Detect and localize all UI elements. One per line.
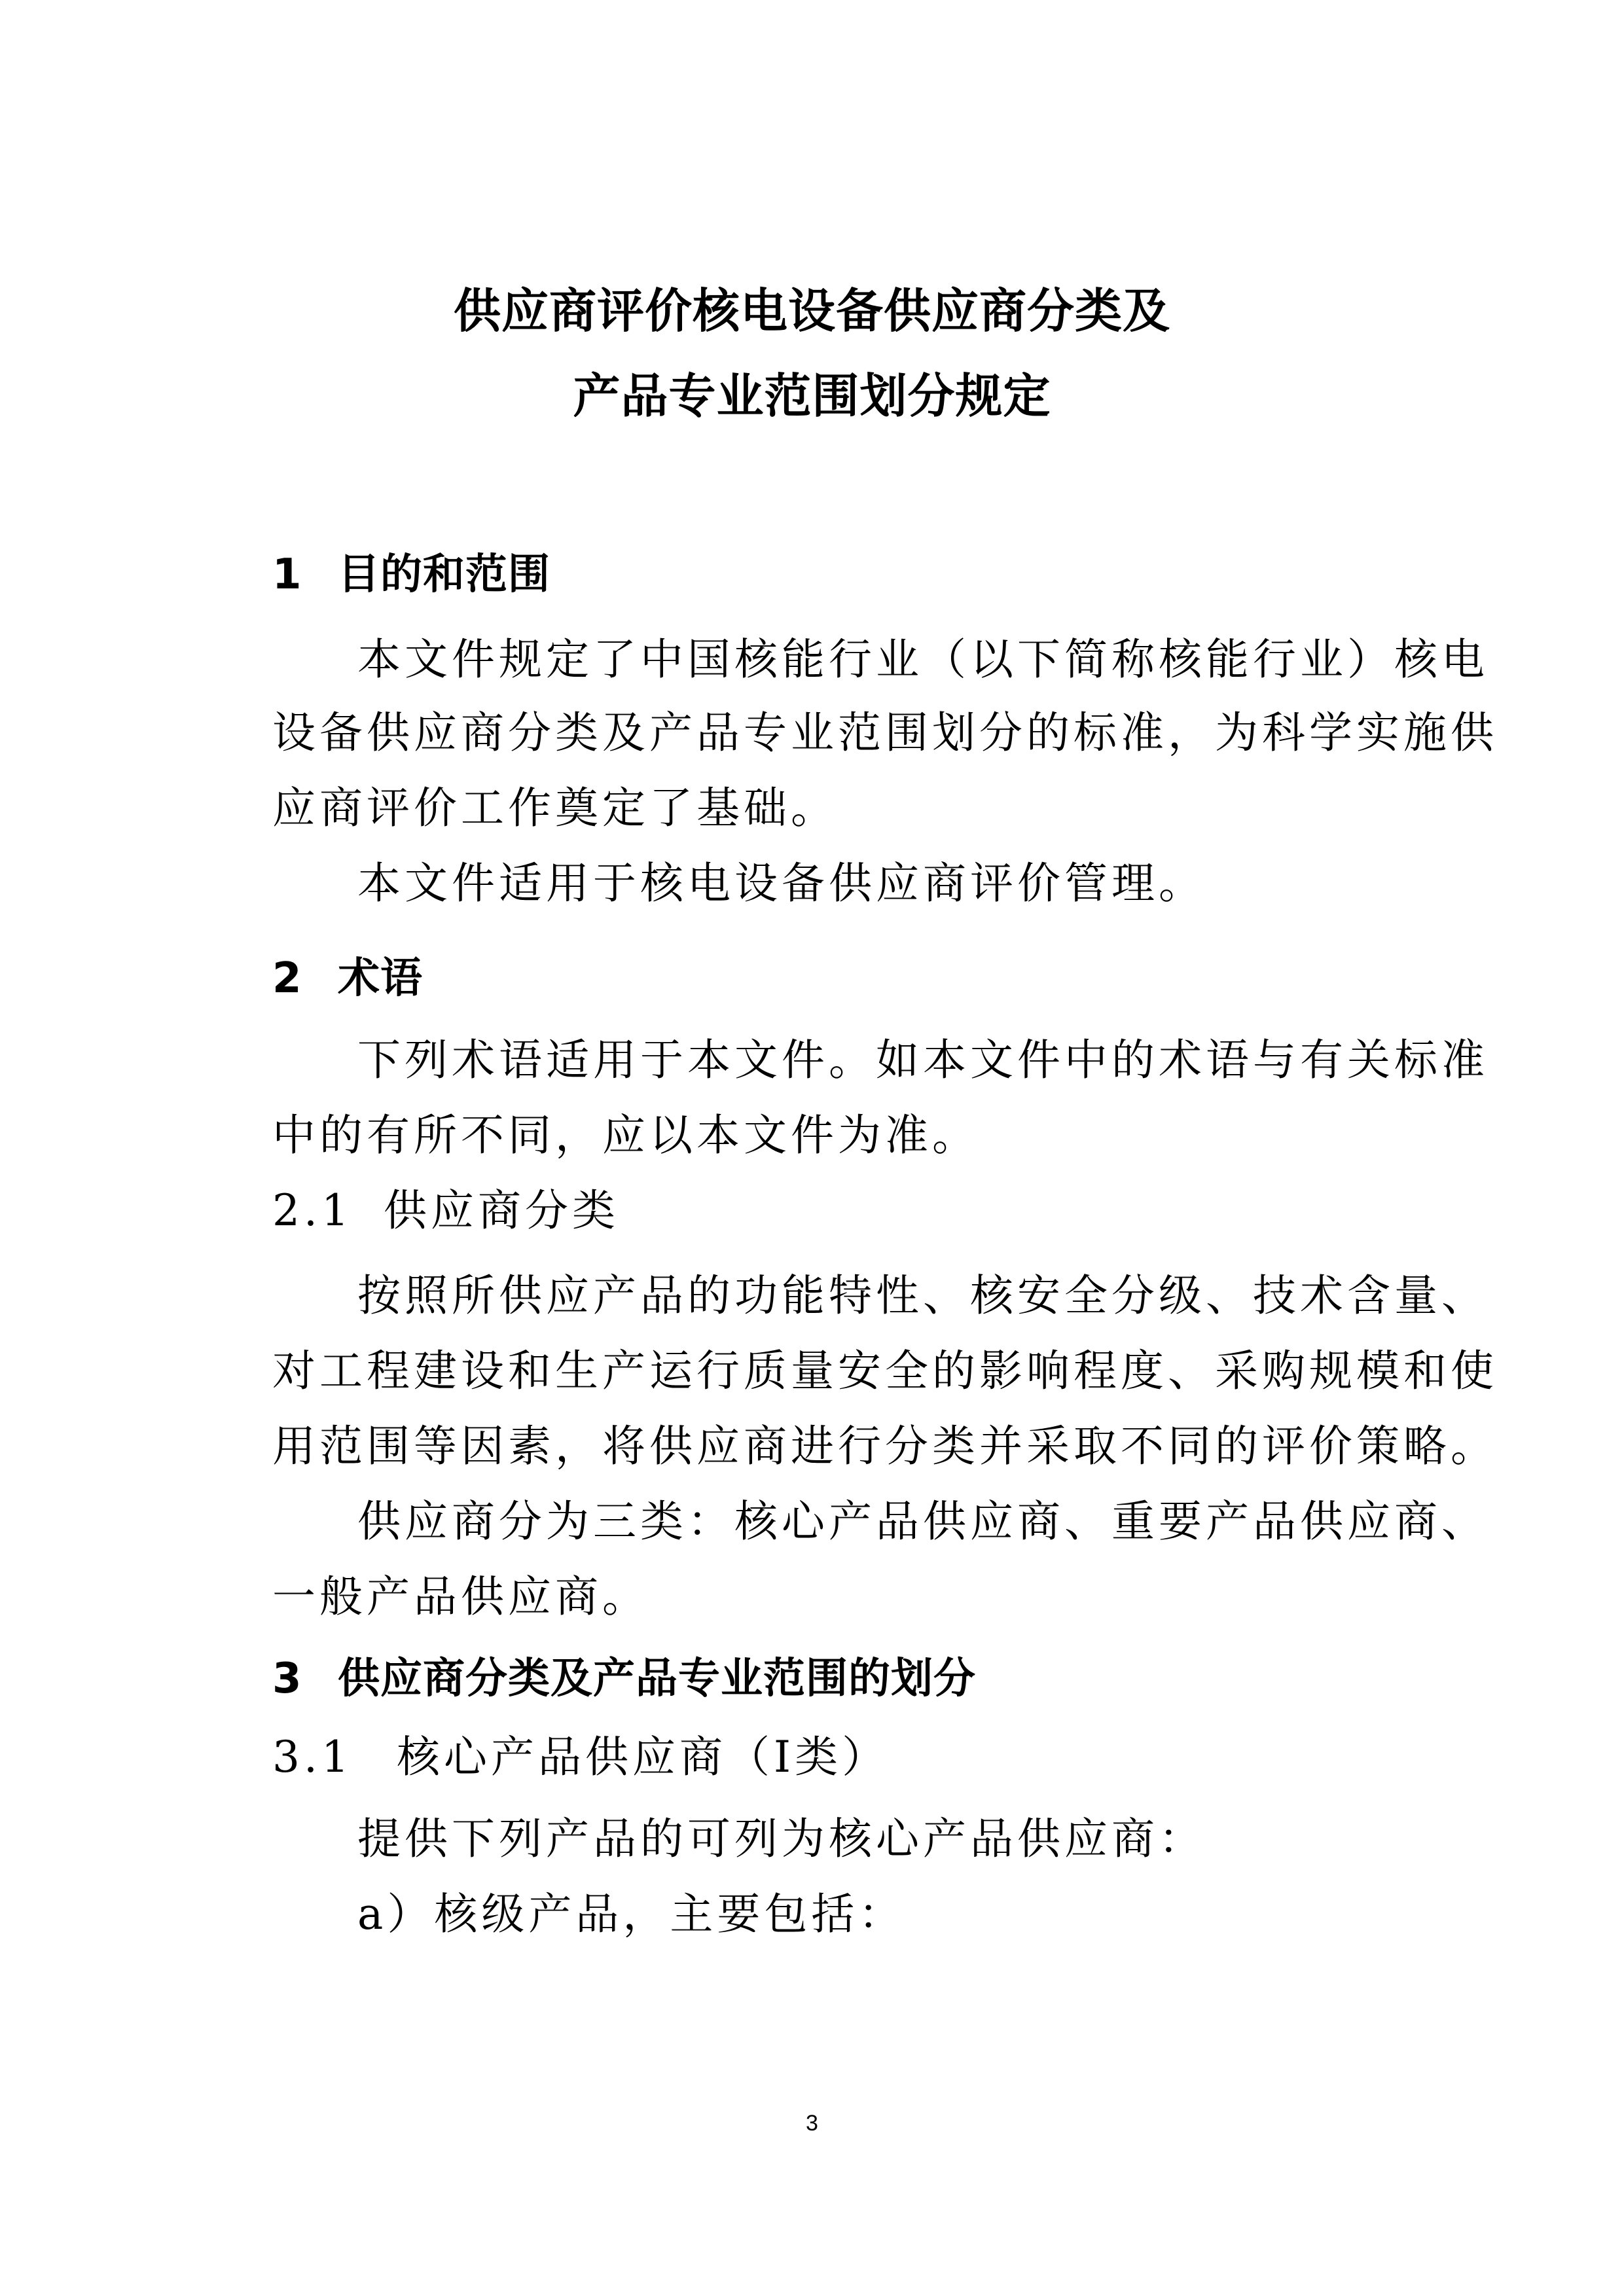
section-1-para-1-line-3: 应商评价工作奠定了基础。 [272, 782, 838, 834]
section-1-para-1-line-2: 设备供应商分类及产品专业范围划分的标准，为科学实施供 [272, 707, 1398, 759]
section-2-para-1-line-2: 中的有所不同，应以本文件为准。 [272, 1109, 979, 1162]
subsection-2-1-para-1-line-1: 按照所供应产品的功能特性、核安全分级、技术含量、 [357, 1270, 1398, 1322]
subsection-3-1-title: 核心产品供应商（Ⅰ类） [397, 1732, 889, 1782]
section-2-heading: 2术语 [272, 952, 423, 1005]
section-1-title: 目的和范围 [338, 550, 550, 599]
section-1-heading: 1目的和范围 [272, 548, 550, 601]
subsection-3-1-para-1-line-1: 提供下列产品的可列为核心产品供应商： [357, 1813, 1206, 1865]
document-title-line-1: 供应商评价核电设备供应商分类及 [0, 281, 1624, 340]
section-3-heading: 3供应商分类及产品专业范围的划分 [272, 1653, 976, 1705]
subsection-2-1-title: 供应商分类 [384, 1185, 619, 1236]
section-2-number: 2 [272, 952, 338, 1005]
document-page: 供应商评价核电设备供应商分类及 产品专业范围划分规定 1目的和范围 本文件规定了… [0, 0, 1624, 2296]
section-3-number: 3 [272, 1653, 338, 1705]
section-1-para-1-line-1: 本文件规定了中国核能行业（以下简称核能行业）核电 [357, 634, 1398, 686]
subsection-2-1-para-2-line-2: 一般产品供应商。 [272, 1571, 649, 1623]
section-3-title: 供应商分类及产品专业范围的划分 [338, 1655, 976, 1703]
page-number: 3 [0, 2111, 1624, 2136]
subsection-2-1-para-1-line-3: 用范围等因素，将供应商进行分类并采取不同的评价策略。 [272, 1420, 1398, 1473]
section-2-para-1-line-1: 下列术语适用于本文件。如本文件中的术语与有关标准 [357, 1034, 1398, 1086]
subsection-2-1-para-1-line-2: 对工程建设和生产运行质量安全的影响程度、采购规模和使 [272, 1345, 1398, 1397]
subsection-3-1-heading: 3.1核心产品供应商（Ⅰ类） [272, 1731, 889, 1784]
document-title-line-2: 产品专业范围划分规定 [0, 367, 1624, 425]
section-1-number: 1 [272, 548, 338, 601]
subsection-3-1-item-a: a）核级产品，主要包括： [357, 1888, 905, 1941]
section-1-para-2-line-1: 本文件适用于核电设备供应商评价管理。 [357, 857, 1206, 910]
section-2-title: 术语 [338, 954, 423, 1003]
subsection-3-1-number: 3.1 [272, 1731, 397, 1784]
subsection-2-1-number: 2.1 [272, 1185, 384, 1237]
subsection-2-1-heading: 2.1供应商分类 [272, 1185, 619, 1237]
subsection-2-1-para-2-line-1: 供应商分为三类：核心产品供应商、重要产品供应商、 [357, 1496, 1398, 1548]
